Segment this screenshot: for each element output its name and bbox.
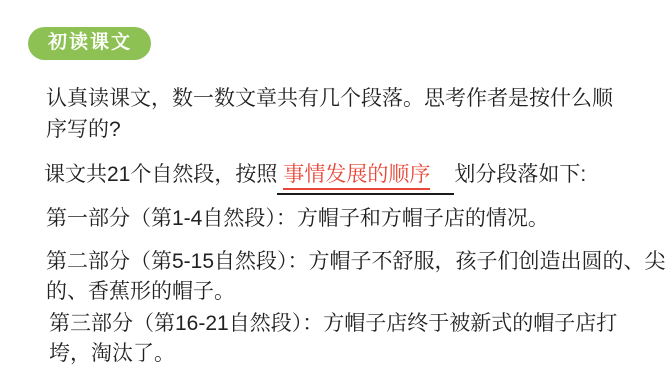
part-three-text: 第三部分（第16-21自然段）：方帽子店终于被新式的帽子店打垮，淘汰了。 [49, 309, 645, 369]
part-one-text: 第一部分（第1-4自然段）：方帽子和方帽子店的情况。 [46, 204, 646, 234]
blank-answer-text: 事情发展的顺序 [283, 164, 430, 190]
division-prefix: 课文共21个自然段，按照 [44, 163, 277, 186]
part-two-text: 第二部分（第5-15自然段）：方帽子不舒服，孩子们创造出圆的、尖的、香蕉形的帽子… [46, 247, 668, 307]
lesson-slide: 初读课文 认真读课文，数一数文章共有几个段落。思考作者是按什么顺序写的? 课文共… [0, 0, 668, 376]
segment-division-line: 课文共21个自然段，按照事情发展的顺序划分段落如下: [44, 160, 664, 195]
section-badge: 初读课文 [28, 27, 151, 60]
reading-question-text: 认真读课文，数一数文章共有几个段落。思考作者是按什么顺序写的? [46, 83, 621, 145]
division-suffix: 划分段落如下: [454, 163, 586, 186]
fill-in-blank: 事情发展的顺序 [277, 163, 454, 195]
